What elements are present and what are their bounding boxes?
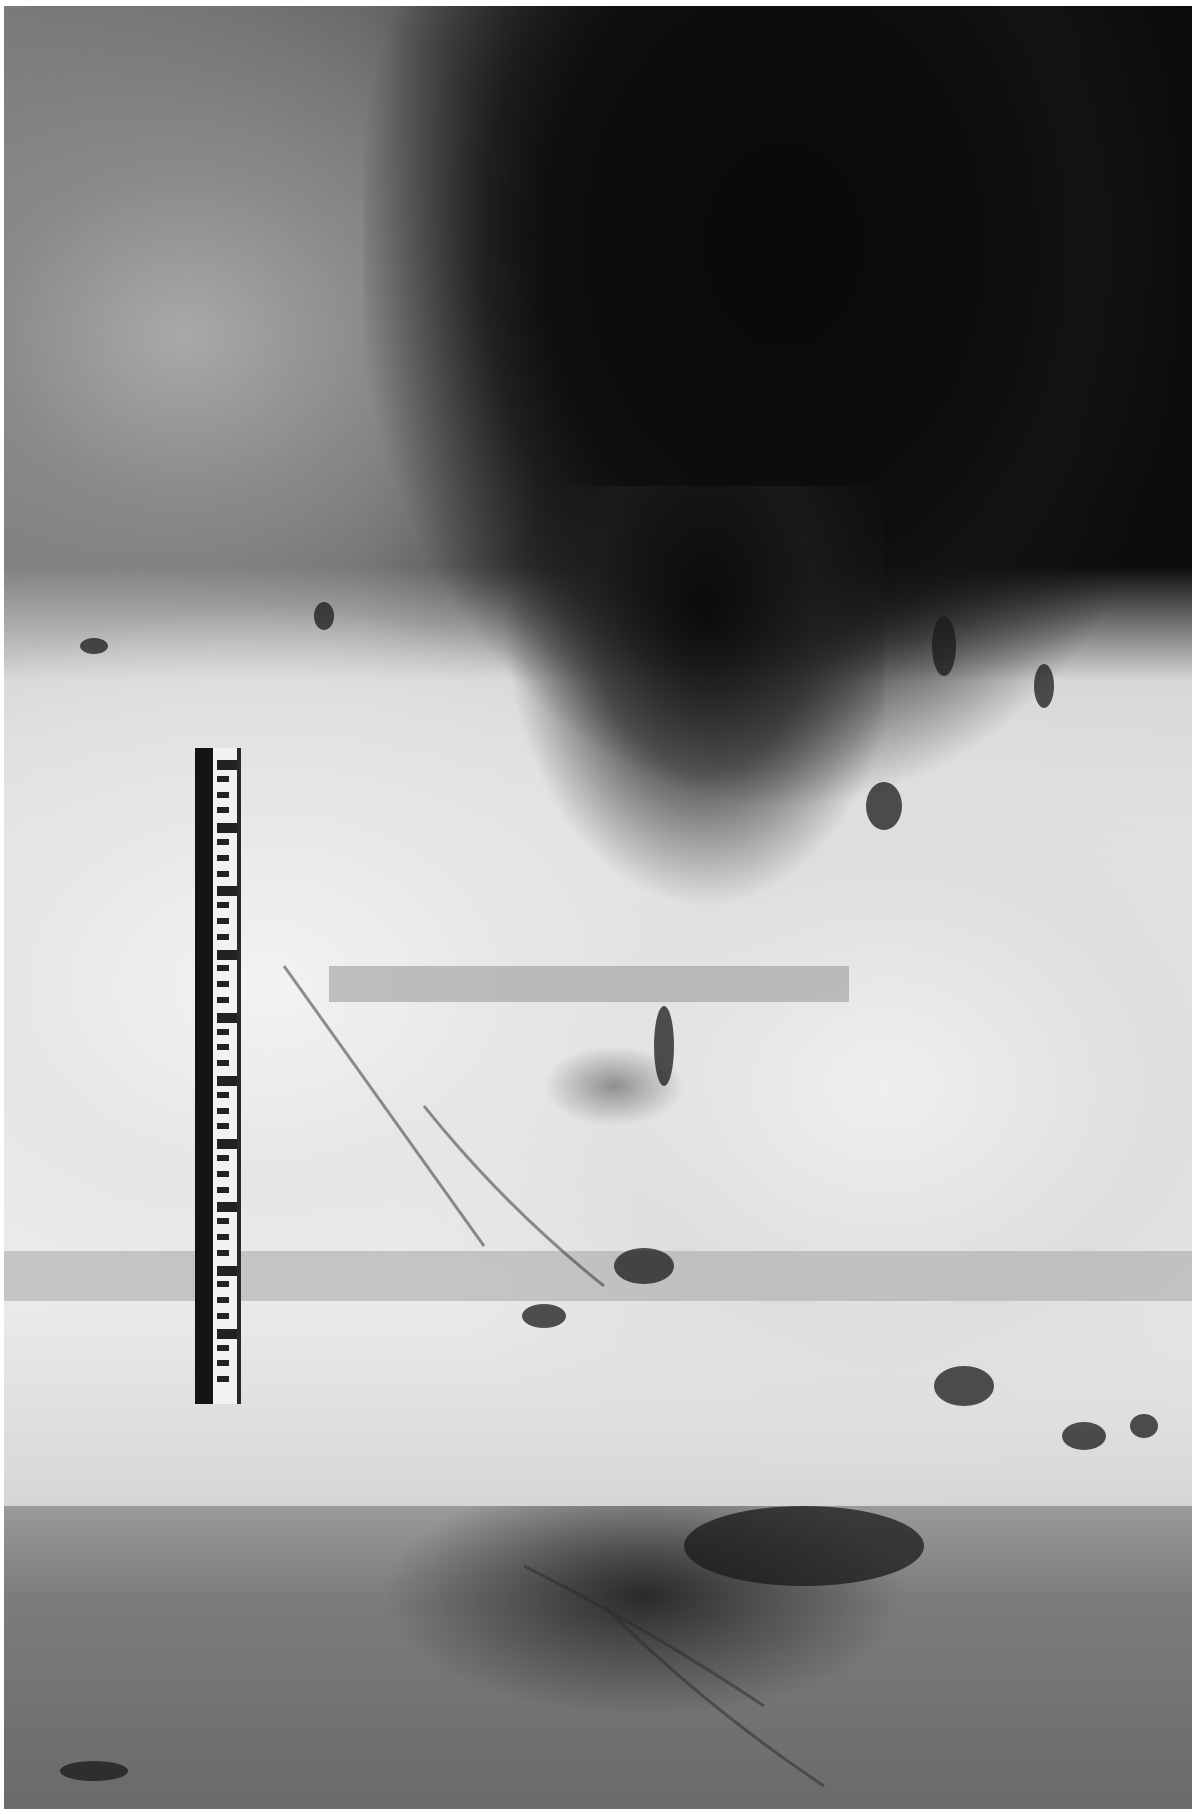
rod-tick (217, 1345, 229, 1351)
rod-tick (217, 1234, 229, 1240)
measuring-rod (195, 748, 241, 1404)
rod-tick (217, 1044, 229, 1050)
rod-tick (217, 1171, 229, 1177)
rod-tick (217, 1313, 229, 1319)
rod-dark-edge (195, 748, 213, 1404)
rod-tick (217, 1360, 229, 1366)
rod-tick (217, 965, 229, 971)
rod-tick (217, 1202, 237, 1212)
rod-tick (217, 902, 229, 908)
rod-tick (217, 886, 237, 896)
rod-tick (217, 1155, 229, 1161)
rod-tick (217, 1092, 229, 1098)
rod-tick (217, 1329, 237, 1339)
rod-tick (217, 1076, 237, 1086)
rod-tick (217, 807, 229, 813)
rod-tick (217, 997, 229, 1003)
rod-tick (217, 1123, 229, 1129)
rod-tick (217, 839, 229, 845)
rod-tick (217, 1281, 229, 1287)
rod-tick (217, 950, 237, 960)
rod-tick (217, 1013, 237, 1023)
rod-tick (217, 981, 229, 987)
rod-tick (217, 760, 237, 770)
rod-tick (217, 1218, 229, 1224)
rod-tick (217, 1376, 229, 1382)
texture-overlay (4, 6, 1192, 1809)
rod-tick (217, 1139, 237, 1149)
rod-graduated-face (213, 748, 241, 1404)
rod-tick (217, 823, 237, 833)
rod-tick (217, 1060, 229, 1066)
rod-tick (217, 934, 229, 940)
rod-tick (217, 871, 229, 877)
rod-tick (217, 918, 229, 924)
rod-tick (217, 855, 229, 861)
rod-tick (217, 1108, 229, 1114)
rod-tick (217, 776, 229, 782)
soil-profile-photo: Black-and-white photograph of an excavat… (4, 6, 1192, 1809)
rod-tick (217, 1250, 229, 1256)
rod-tick (217, 792, 229, 798)
rod-tick (217, 1187, 229, 1193)
rod-tick (217, 1029, 229, 1035)
rod-tick (217, 1266, 237, 1276)
rod-tick (217, 1297, 229, 1303)
